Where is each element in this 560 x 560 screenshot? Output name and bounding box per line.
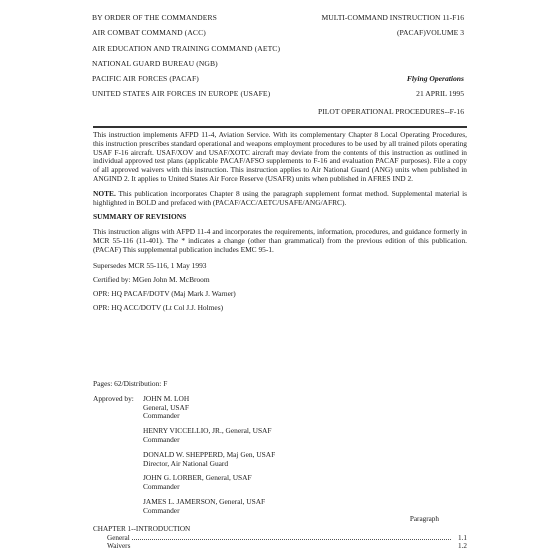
toc-entry[interactable]: General 1.1 (93, 534, 467, 543)
approver: JOHN G. LORBER, General, USAF Commander (143, 474, 473, 492)
issuing-commands: BY ORDER OF THE COMMANDERS AIR COMBAT CO… (92, 10, 280, 102)
volume: (PACAF)VOLUME 3 (322, 25, 464, 40)
table-of-contents: Paragraph Chapter 1--INTRODUCTION Genera… (93, 525, 467, 551)
note-text: This publication incorporates Chapter 8 … (93, 189, 467, 207)
category: Flying Operations (322, 71, 464, 86)
divider (93, 126, 467, 128)
approved-by-label: Approved by: (93, 395, 143, 522)
instruction-number: MULTI-COMMAND INSTRUCTION 11-F16 (322, 10, 464, 25)
document-title: PILOT OPERATIONAL PROCEDURES--F-16 (318, 107, 464, 116)
toc-chapter[interactable]: Chapter 1--INTRODUCTION (93, 525, 467, 534)
intro-paragraph: This instruction implements AFPD 11-4, A… (93, 131, 467, 184)
note-label: NOTE. (93, 189, 116, 198)
paragraph-column-label: Paragraph (410, 515, 439, 524)
supersedes: Supersedes MCR 55-116, 1 May 1993 (93, 261, 467, 270)
certified-by: Certified by: MGen John M. McBroom (93, 275, 467, 284)
approver: JOHN M. LOH General, USAF Commander (143, 395, 473, 421)
header-line: AIR EDUCATION AND TRAINING COMMAND (AETC… (92, 41, 280, 56)
header-line: BY ORDER OF THE COMMANDERS (92, 10, 280, 25)
header-line: UNITED STATES AIR FORCES IN EUROPE (USAF… (92, 86, 280, 101)
header-line: NATIONAL GUARD BUREAU (NGB) (92, 56, 280, 71)
approver: DONALD W. SHEPPERD, Maj Gen, USAF Direct… (143, 451, 473, 469)
opr-secondary: OPR: HQ ACC/DOTV (Lt Col J.J. Holmes) (93, 303, 467, 312)
instruction-block: MULTI-COMMAND INSTRUCTION 11-F16 (PACAF)… (322, 10, 464, 102)
note-paragraph: NOTE. This publication incorporates Chap… (93, 190, 467, 208)
approvals-block: Pages: 62/Distribution: F Approved by: J… (93, 380, 473, 522)
document-page: BY ORDER OF THE COMMANDERS AIR COMBAT CO… (0, 0, 560, 560)
header-line: AIR COMBAT COMMAND (ACC) (92, 25, 280, 40)
approver-list: JOHN M. LOH General, USAF Commander HENR… (143, 395, 473, 522)
approver: JAMES L. JAMERSON, General, USAF Command… (143, 498, 473, 516)
summary-paragraph: This instruction aligns with AFPD 11-4 a… (93, 228, 467, 254)
document-body: This instruction implements AFPD 11-4, A… (93, 131, 467, 317)
opr: OPR: HQ PACAF/DOTV (Maj Mark J. Warner) (93, 289, 467, 298)
pages-distribution: Pages: 62/Distribution: F (93, 380, 473, 389)
leader-dots (132, 539, 451, 540)
toc-entry[interactable]: Waivers 1.2 (93, 542, 467, 551)
summary-heading: SUMMARY OF REVISIONS (93, 213, 467, 222)
publication-date: 21 APRIL 1995 (322, 86, 464, 101)
header-line: PACIFIC AIR FORCES (PACAF) (92, 71, 280, 86)
approver: HENRY VICCELLIO, JR., General, USAF Comm… (143, 427, 473, 445)
